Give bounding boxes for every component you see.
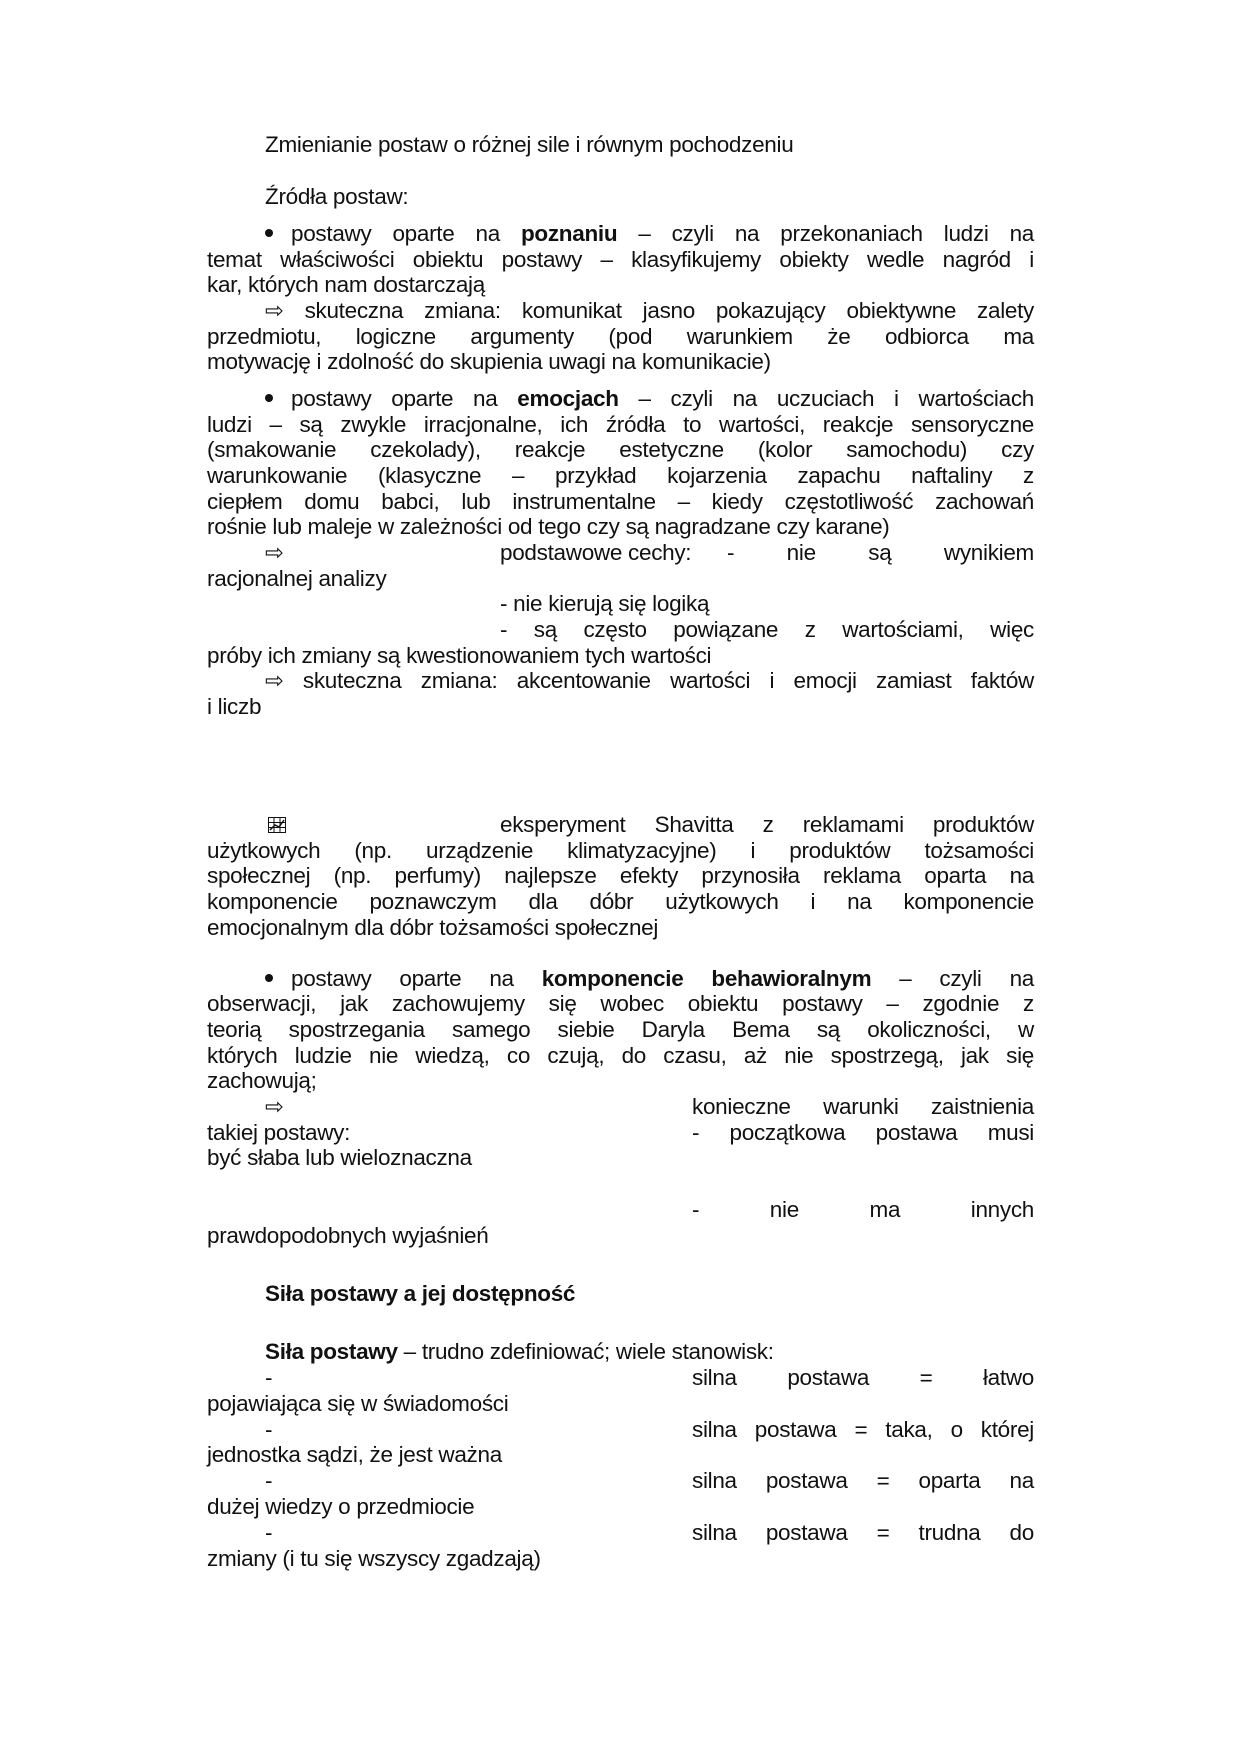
chart-icon bbox=[268, 817, 286, 833]
bullet-icon bbox=[265, 974, 273, 982]
dash-marker: - bbox=[265, 1416, 272, 1444]
paragraph-line: teorią spostrzegania samego siebie Daryl… bbox=[207, 1016, 1034, 1044]
page-title: Zmienianie postaw o różnej sile i równym… bbox=[265, 131, 1034, 159]
paragraph-line: przedmiotu, logiczne argumenty (pod waru… bbox=[207, 323, 1034, 351]
sources-heading: Źródła postaw: bbox=[265, 183, 1034, 211]
paragraph-line: warunkowanie (klasyczne – przykład kojar… bbox=[207, 462, 1034, 490]
paragraph-line: i liczb bbox=[207, 693, 1034, 721]
paragraph-line: komponencie poznawczym dla dóbr użytkowy… bbox=[207, 888, 1034, 916]
paragraph-line: jednostka sądzi, że jest ważna bbox=[207, 1441, 1034, 1469]
bullet-cognition: postawy oparte na poznaniu – czyli na pr… bbox=[265, 220, 1034, 248]
emotion-change: ⇨ skuteczna zmiana: akcentowanie wartośc… bbox=[265, 667, 1034, 695]
strength-definition: Siła postawy – trudno zdefiniować; wiele… bbox=[265, 1338, 1034, 1366]
paragraph-line: emocjonalnym dla dóbr tożsamości społecz… bbox=[207, 914, 1034, 942]
bullet-emotion: postawy oparte na emocjach – czyli na uc… bbox=[265, 385, 1034, 413]
bullet-icon bbox=[265, 394, 273, 402]
strength-item: silna postawa = oparta na bbox=[692, 1467, 1034, 1495]
paragraph-line: prawdopodobnych wyjaśnień bbox=[207, 1222, 1034, 1250]
feature-item: - nie są wynikiem bbox=[727, 539, 1034, 567]
document-page: Zmienianie postaw o różnej sile i równym… bbox=[0, 0, 1240, 1754]
paragraph-line: (smakowanie czekolady), reakcje estetycz… bbox=[207, 436, 1034, 464]
condition-item: - początkowa postawa musi bbox=[692, 1119, 1034, 1147]
paragraph-line: być słaba lub wieloznaczna bbox=[207, 1144, 1034, 1172]
dash-marker: - bbox=[265, 1519, 272, 1547]
experiment-line: eksperyment Shavitta z reklamami produkt… bbox=[500, 811, 1034, 839]
paragraph-line: dużej wiedzy o przedmiocie bbox=[207, 1493, 1034, 1521]
strength-item: silna postawa = trudna do bbox=[692, 1519, 1034, 1547]
paragraph-line: obserwacji, jak zachowujemy się wobec ob… bbox=[207, 990, 1034, 1018]
paragraph-line: społecznej (np. perfumy) najlepsze efekt… bbox=[207, 862, 1034, 890]
paragraph-line: pojawiająca się w świadomości bbox=[207, 1390, 1034, 1418]
strength-item: silna postawa = taka, o której bbox=[692, 1416, 1034, 1444]
features-label: podstawowe cechy: bbox=[500, 539, 691, 567]
paragraph-line: ludzi – są zwykle irracjonalne, ich źród… bbox=[207, 411, 1034, 439]
strength-item: silna postawa = łatwo bbox=[692, 1364, 1034, 1392]
bullet-behavior: postawy oparte na komponencie behawioral… bbox=[265, 965, 1034, 993]
paragraph-line: których ludzie nie wiedzą, co czują, do … bbox=[207, 1042, 1034, 1070]
dash-marker: - bbox=[265, 1467, 272, 1495]
paragraph-line: kar, których nam dostarczają bbox=[207, 271, 1034, 299]
paragraph-line: użytkowych (np. urządzenie klimatyzacyjn… bbox=[207, 837, 1034, 865]
arrow-icon: ⇨ bbox=[265, 668, 284, 693]
feature-item: - nie kierują się logiką bbox=[500, 590, 709, 618]
dash-marker: - bbox=[265, 1364, 272, 1392]
cognition-change: ⇨ skuteczna zmiana: komunikat jasno poka… bbox=[265, 297, 1034, 325]
feature-item: - są często powiązane z wartościami, wię… bbox=[500, 616, 1034, 644]
section-heading: Siła postawy a jej dostępność bbox=[265, 1280, 1034, 1308]
paragraph-line: rośnie lub maleje w zależności od tego c… bbox=[207, 513, 1034, 541]
paragraph-line: próby ich zmiany są kwestionowaniem tych… bbox=[207, 642, 1034, 670]
arrow-icon: ⇨ bbox=[265, 298, 284, 323]
paragraph-line: temat właściwości obiektu postawy – klas… bbox=[207, 246, 1034, 274]
paragraph-line: ciepłem domu babci, lub instrumentalne –… bbox=[207, 488, 1034, 516]
conditions-label: konieczne warunki zaistnienia bbox=[692, 1093, 1034, 1121]
paragraph-line: zmiany (i tu się wszyscy zgadzają) bbox=[207, 1545, 1034, 1573]
arrow-icon: ⇨ bbox=[265, 539, 284, 567]
arrow-icon: ⇨ bbox=[265, 1093, 284, 1121]
paragraph-line: zachowują; bbox=[207, 1067, 1034, 1095]
paragraph-line: motywację i zdolność do skupienia uwagi … bbox=[207, 348, 1034, 376]
condition-item: - nie ma innych bbox=[692, 1196, 1034, 1224]
bullet-icon bbox=[265, 229, 273, 237]
paragraph-line: racjonalnej analizy bbox=[207, 565, 1034, 593]
